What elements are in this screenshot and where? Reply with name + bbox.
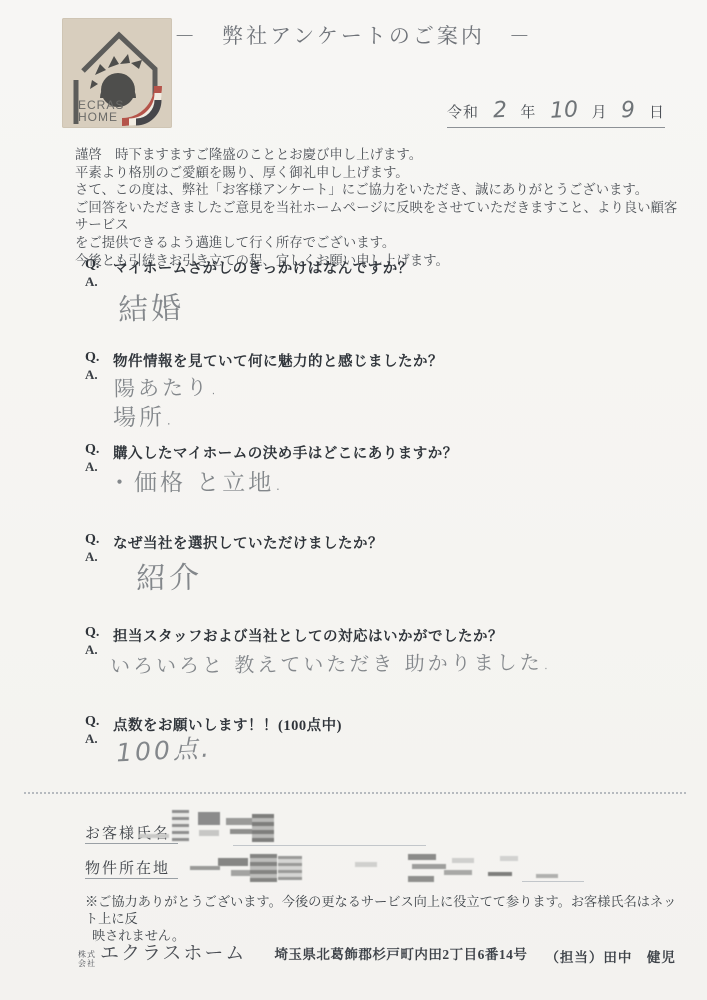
q-label: Q. xyxy=(85,257,99,273)
handwritten-answer-5: いろいろと 教えていただき 助かりました. xyxy=(110,646,552,679)
redaction-block xyxy=(452,858,474,863)
redaction-block xyxy=(412,864,446,869)
handwritten-answer-3: ・価格 と立地. xyxy=(108,464,285,497)
question-text: 担当スタッフおよび当社としての対応はいかがでしたか？ xyxy=(113,625,503,646)
a-label: A. xyxy=(85,642,98,658)
footnote-line: ※ご協力ありがとうございます。今後の更なるサービス向上に役立てて参ります。お客様… xyxy=(85,893,681,927)
greeting-paragraph: 謹啓 時下ますますご隆盛のこととお慶び申し上げます。 平素より格別のご愛顧を賜り… xyxy=(75,146,681,269)
redaction-block xyxy=(139,834,169,838)
question-text: 物件情報を見ていて何に魅力的と感じましたか？ xyxy=(113,350,443,371)
handwritten-answer-6: 100点. xyxy=(115,729,212,770)
date-month-unit: 月 xyxy=(592,101,608,122)
greeting-line: をご提供できるよう邁進して行く所存でございます。 xyxy=(75,234,681,252)
footnote: ※ご協力ありがとうございます。今後の更なるサービス向上に役立てて参ります。お客様… xyxy=(85,893,681,944)
greeting-line: さて、この度は、弊社「お客様アンケート」にご協力をいただき、誠にありがとうござい… xyxy=(75,181,681,199)
a-label: A. xyxy=(85,459,98,475)
date-day-handwritten: 9 xyxy=(621,98,636,124)
redaction-block xyxy=(536,874,558,878)
company-name: エクラスホーム xyxy=(100,938,246,965)
redaction-block xyxy=(250,854,277,882)
date-month-handwritten: 10 xyxy=(549,97,578,123)
handwritten-answer-1: 結婚 xyxy=(117,283,184,329)
dotted-separator xyxy=(24,792,686,794)
q-label: Q. xyxy=(85,442,99,458)
company-contact: （担当）田中 健児 xyxy=(545,946,676,966)
redaction-block xyxy=(355,862,377,867)
a-label: A. xyxy=(85,731,98,747)
a-label: A. xyxy=(85,274,98,290)
company-prefix: 株式 会社 xyxy=(78,951,96,968)
redaction-block xyxy=(199,830,219,836)
question-text: 購入したマイホームの決め手はどこにありますか？ xyxy=(113,442,458,463)
date-day-unit: 日 xyxy=(649,101,665,122)
greeting-line: 平素より格別のご愛顧を賜り、厚く御礼申し上げます。 xyxy=(75,164,681,182)
company-signature: 株式 会社 エクラスホーム 埼玉県北葛飾郡杉戸町内田2丁目6番14号 （担当）田… xyxy=(78,938,688,970)
redaction-block xyxy=(190,866,220,870)
redaction-block xyxy=(444,870,472,875)
date-line: 令和 2 年 10 月 9 日 xyxy=(447,98,665,128)
redaction-block xyxy=(198,812,220,825)
property-location-label-underline xyxy=(85,858,178,879)
greeting-line: ご回答をいただきましたご意見を当社ホームページに反映をさせていただきますこと、よ… xyxy=(75,199,681,234)
handwritten-answer-4: 紹介 xyxy=(136,552,203,597)
q-label: Q. xyxy=(85,625,99,641)
redaction-block xyxy=(218,858,248,866)
scanned-survey-page: ECRAS HOME － 弊社アンケートのご案内 － 令和 2 年 10 月 9… xyxy=(0,0,707,1000)
logo-text-home: HOME xyxy=(78,110,118,124)
date-year-unit: 年 xyxy=(520,101,536,122)
company-address: 埼玉県北葛飾郡杉戸町内田2丁目6番14号 xyxy=(274,943,527,963)
handwritten-answer-2b: 場所. xyxy=(113,398,176,432)
question-text: マイホームさがしのきっかけはなんですか？ xyxy=(113,257,413,278)
date-year-handwritten: 2 xyxy=(492,98,507,124)
page-title: － 弊社アンケートのご案内 － xyxy=(0,20,707,50)
company-prefix-bottom: 会社 xyxy=(78,960,96,969)
a-label: A. xyxy=(85,367,98,383)
redaction-block xyxy=(278,856,302,880)
date-era-label: 令和 xyxy=(447,101,479,122)
redaction-block xyxy=(408,854,436,860)
q-label: Q. xyxy=(85,350,99,366)
q-label: Q. xyxy=(85,532,99,548)
q-label: Q. xyxy=(85,714,99,730)
redaction-block xyxy=(252,814,274,842)
greeting-line: 謹啓 時下ますますご隆盛のこととお慶び申し上げます。 xyxy=(75,146,681,164)
question-text: なぜ当社を選択していただけましたか？ xyxy=(113,532,383,553)
redaction-block xyxy=(172,810,189,842)
redaction-block xyxy=(500,856,518,861)
property-location-value-underline xyxy=(522,861,584,882)
redaction-block xyxy=(488,872,512,876)
redaction-block xyxy=(408,876,434,882)
a-label: A. xyxy=(85,549,98,565)
